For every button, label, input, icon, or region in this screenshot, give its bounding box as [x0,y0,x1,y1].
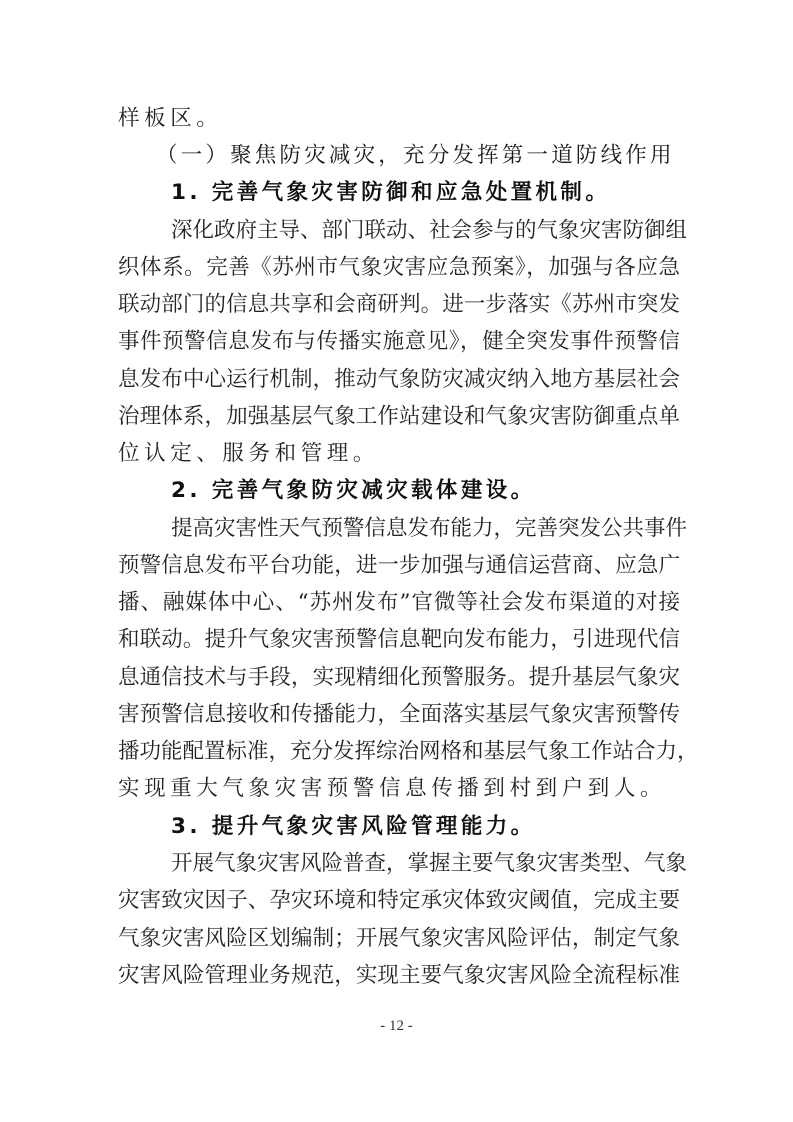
body-text-line: 实现重大气象灾害预警信息传播到村到户到人。 [118,774,680,804]
body-text-line: 灾害致灾因子、孕灾环境和特定承灾体致灾阈值，完成主要 [118,886,680,916]
body-text-line: 预警信息发布平台功能，进一步加强与通信运营商、应急广 [118,551,680,581]
subsection-heading: 3. 提升气象灾害风险管理能力。 [171,812,733,842]
body-text-line: 和联动。提升气象灾害预警信息靶向发布能力，引进现代信 [118,625,680,655]
subsection-heading: 1. 完善气象灾害防御和应急处置机制。 [171,178,733,208]
body-text-line: 播功能配置标准，充分发挥综治网格和基层气象工作站合力， [118,737,680,767]
section-heading: （一）聚焦防灾减灾，充分发挥第一道防线作用 [156,141,718,171]
body-text-line: 深化政府主导、部门联动、社会参与的气象灾害防御组 [171,216,680,246]
page-number: - 12 - [0,1018,793,1035]
subsection-heading: 2. 完善气象防灾减灾载体建设。 [171,476,733,506]
body-text-line: 开展气象灾害风险普查，掌握主要气象灾害类型、气象 [171,849,680,879]
body-text-line: 息通信技术与手段，实现精细化预警服务。提升基层气象灾 [118,663,680,693]
body-text-line: 事件预警信息发布与传播实施意见》，健全突发事件预警信 [118,327,680,357]
document-page: 样板区。 （一）聚焦防灾减灾，充分发挥第一道防线作用 1. 完善气象灾害防御和应… [0,0,793,1122]
body-text-line: 害预警信息接收和传播能力，全面落实基层气象灾害预警传 [118,700,680,730]
body-text-line: 样板区。 [118,104,680,134]
body-text-line: 织体系。完善《苏州市气象灾害应急预案》，加强与各应急 [118,253,680,283]
body-text-line: 播、融媒体中心、“苏州发布”官微等社会发布渠道的对接 [118,588,680,618]
body-text-line: 提高灾害性天气预警信息发布能力，完善突发公共事件 [171,514,680,544]
body-text-line: 气象灾害风险区划编制；开展气象灾害风险评估，制定气象 [118,924,680,954]
body-text-line: 联动部门的信息共享和会商研判。进一步落实《苏州市突发 [118,290,680,320]
body-text-line: 治理体系，加强基层气象工作站建设和气象灾害防御重点单 [118,402,680,432]
body-text-line: 灾害风险管理业务规范，实现主要气象灾害风险全流程标准 [118,961,680,991]
body-text-line: 息发布中心运行机制，推动气象防灾减灾纳入地方基层社会 [118,365,680,395]
body-text-line: 位认定、服务和管理。 [118,439,680,469]
